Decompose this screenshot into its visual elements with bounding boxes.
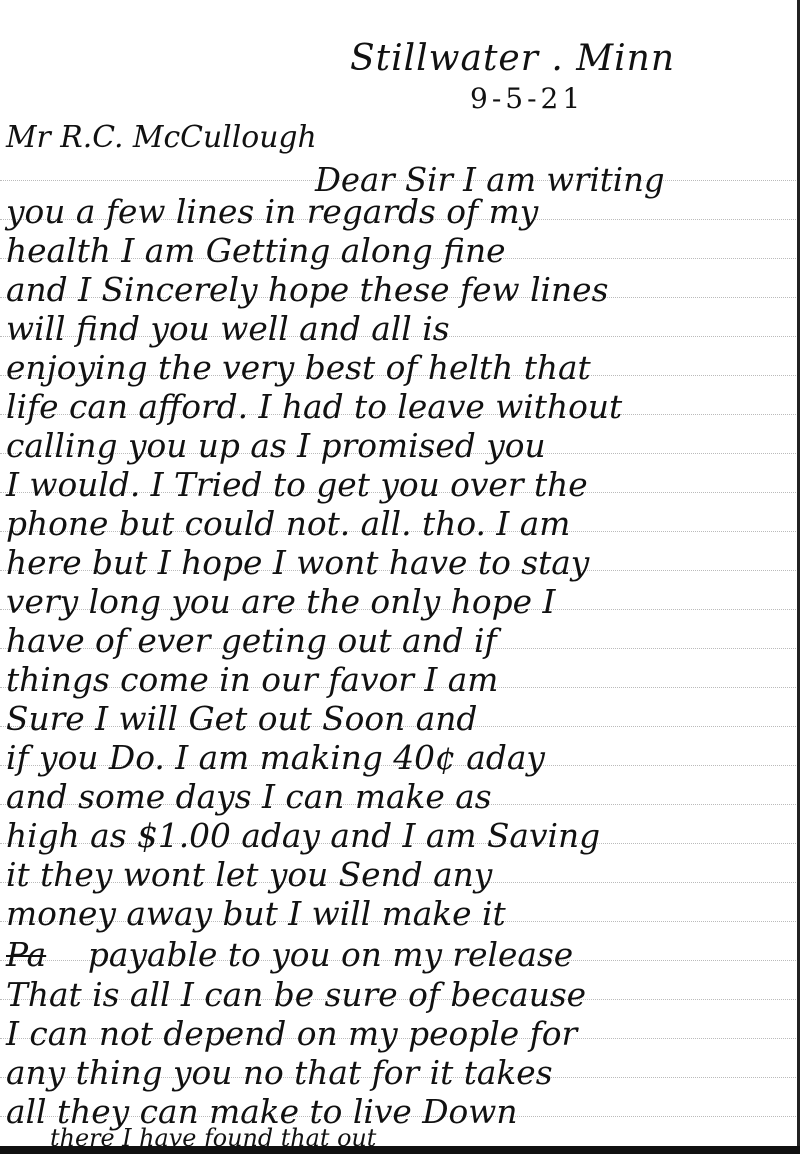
letter-page: Stillwater . Minn 9-5-21 Mr R.C. McCullo… — [0, 0, 800, 1154]
letter-line: if you Do. I am making 40¢ aday — [6, 738, 791, 778]
letter-line: high as $1.00 aday and I am Saving — [6, 816, 791, 856]
letter-line: any thing you no that for it takes — [6, 1053, 791, 1093]
letter-place: Stillwater . Minn — [350, 38, 740, 79]
letter-line: enjoying the very best of helth that — [6, 348, 791, 388]
letter-line: calling you up as I promised you — [6, 426, 791, 466]
letter-line: have of ever geting out and if — [6, 621, 791, 661]
letter-date: 9-5-21 — [470, 82, 584, 115]
letter-line: money away but I will make it — [6, 894, 791, 934]
letter-line: Sure I will Get out Soon and — [6, 699, 791, 739]
letter-line: will find you well and all is — [6, 309, 791, 349]
payable-text: payable to you on my release — [88, 935, 573, 974]
letter-line: life can afford. I had to leave without — [6, 387, 791, 427]
letter-final-line: there I have found that out — [50, 1118, 800, 1154]
letter-line: things come in our favor I am — [6, 660, 791, 700]
letter-line: health I am Getting along fine — [6, 231, 791, 271]
letter-line: I would. I Tried to get you over the — [6, 465, 791, 505]
letter-line: I can not depend on my people for — [6, 1014, 791, 1054]
letter-addressee: Mr R.C. McCullough — [6, 118, 791, 158]
letter-line: very long you are the only hope I — [6, 582, 791, 622]
letter-line: and I Sincerely hope these few lines — [6, 270, 791, 310]
letter-line: you a few lines in regards of my — [6, 192, 791, 232]
letter-line: here but I hope I wont have to stay — [6, 543, 791, 583]
letter-line: phone but could not. all. tho. I am — [6, 504, 791, 544]
letter-line: it they wont let you Send any — [6, 855, 791, 895]
letter-line: That is all I can be sure of because — [6, 975, 791, 1015]
letter-line: and some days I can make as — [6, 777, 791, 817]
letter-line-payable: Pa payable to you on my release — [6, 935, 791, 975]
struck-word: Pa — [6, 935, 46, 974]
